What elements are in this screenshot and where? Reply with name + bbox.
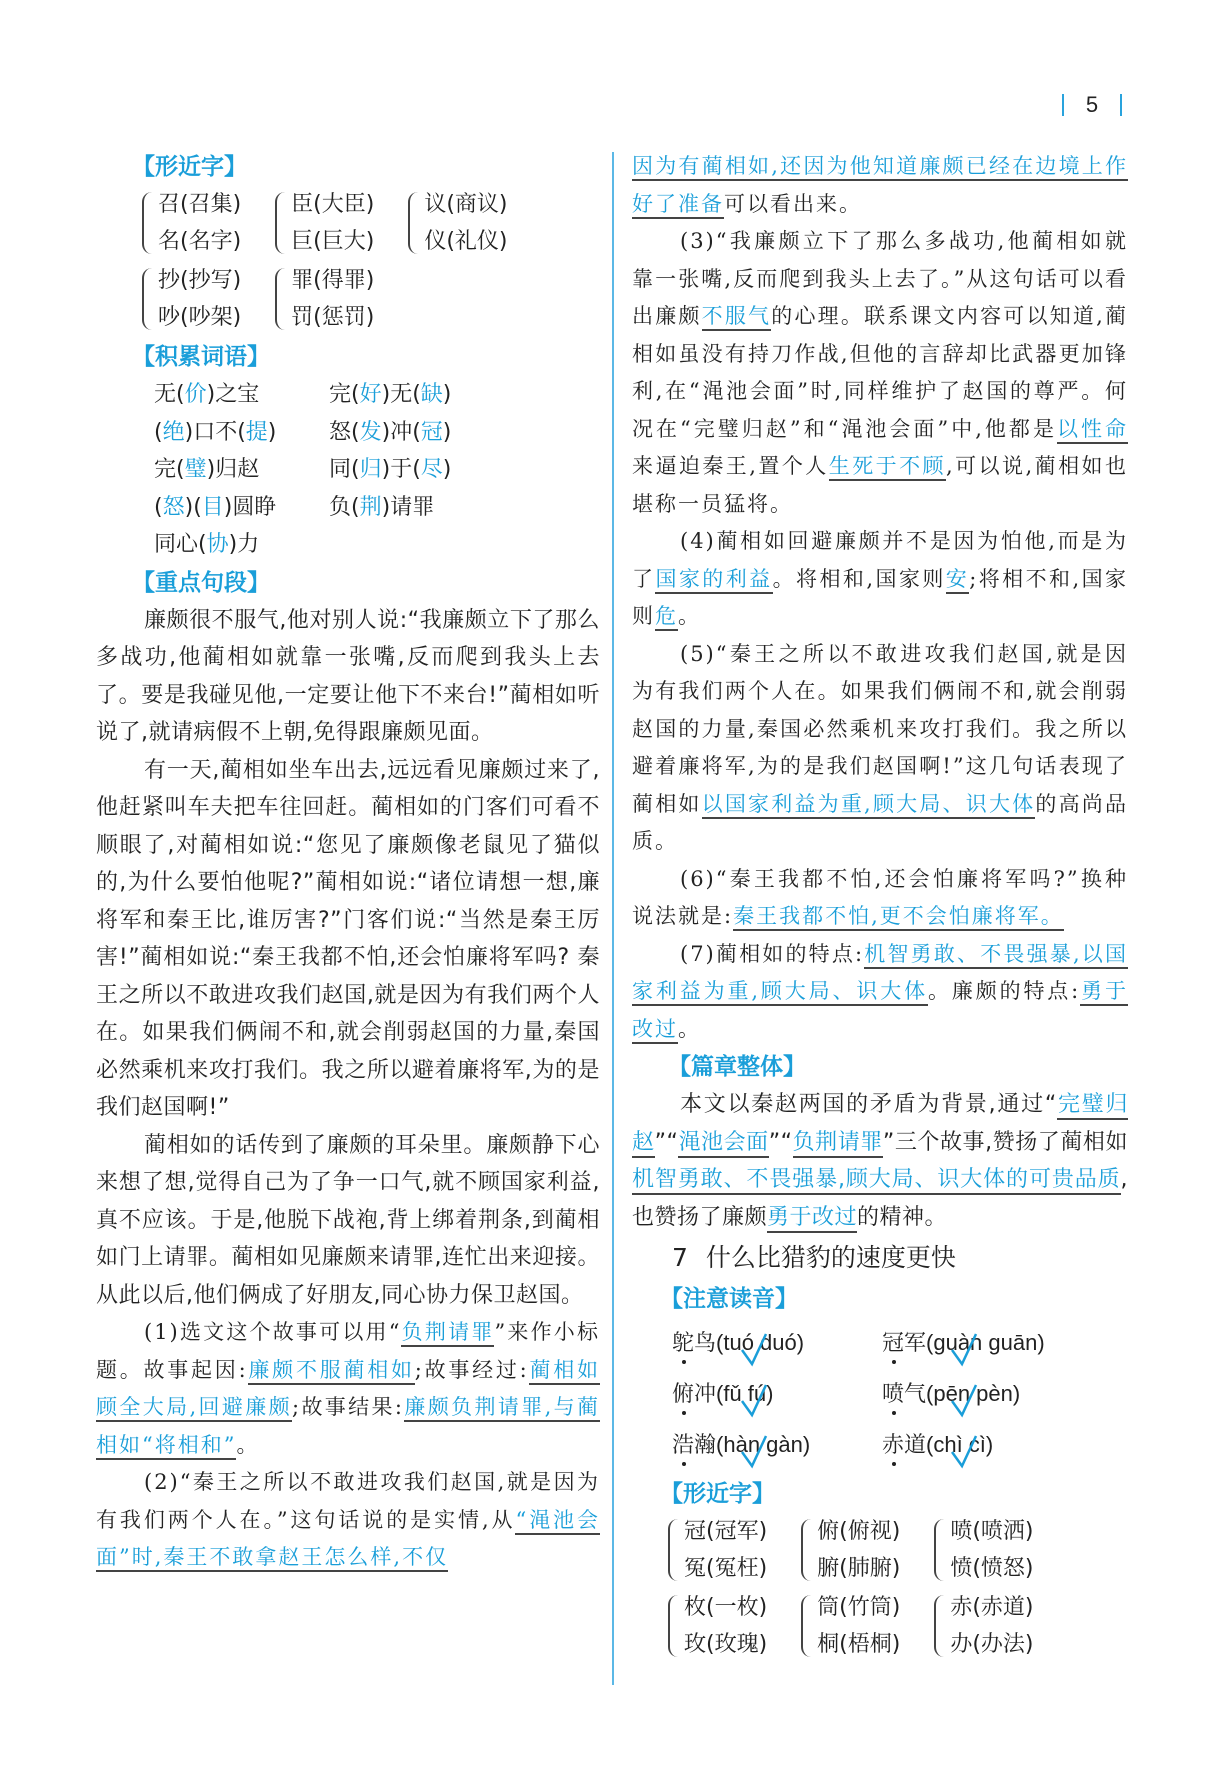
- checkmark-icon: [740, 1383, 770, 1419]
- pronunciation-item: 浩瀚(hàn gàn): [672, 1420, 882, 1471]
- similar-char: 仪(礼仪): [424, 223, 507, 260]
- idiom-answer: 冠: [421, 420, 443, 445]
- similar-char: 愤(愤怒): [950, 1550, 1033, 1587]
- similar-chars-row-4: 枚(一枚)玫(玫瑰) 筒(竹筒)桐(梧桐) 赤(赤道)办(办法): [668, 1589, 1128, 1663]
- word: 赤道: [882, 1433, 926, 1458]
- heading-accumulate-words: 【积累词语】: [132, 338, 600, 376]
- heading-similar-chars-2: 【形近字】: [660, 1475, 1128, 1513]
- similar-char-pair: 枚(一枚)玫(玫瑰): [668, 1589, 767, 1663]
- left-column: 【形近字】 召(召集)名(名字) 臣(大臣)巨(巨大) 议(商议)仪(礼仪) 抄…: [104, 148, 600, 1577]
- similar-char-pair: 俯(俯视)腑(肺腑): [801, 1513, 900, 1587]
- idiom-answer: 价: [185, 382, 207, 407]
- similar-char: 臣(大臣): [291, 186, 374, 223]
- similar-char-pair: 召(召集)名(名字): [142, 186, 241, 260]
- page-number: 5: [1062, 90, 1122, 120]
- pronunciation-item: 喷气(pēn pèn): [882, 1369, 1112, 1420]
- idiom-answer: 提: [246, 420, 268, 445]
- question-3: (3)“我廉颇立下了那么多战功,他蔺相如就靠一张嘴,反而爬到我头上去了。”从这句…: [632, 223, 1128, 523]
- brace-icon: [934, 1595, 946, 1657]
- word: 喷气: [882, 1382, 926, 1407]
- question-1: (1)选文这个故事可以用“负荆请罪”来作小标题。故事起因:廉颇不服蔺相如;故事经…: [96, 1314, 600, 1464]
- similar-char: 赤(赤道): [950, 1589, 1033, 1626]
- heading-pronunciation: 【注意读音】: [660, 1280, 1128, 1318]
- brace-icon: [668, 1519, 680, 1581]
- idiom-answer: 怒: [163, 495, 185, 520]
- answer: 勇于改过: [767, 1205, 857, 1233]
- idiom-item: 怒(发)冲(冠): [329, 414, 529, 452]
- question-7: (7)蔺相如的特点:机智勇敢、不畏强暴,以国家利益为重,顾大局、识大体。廉颇的特…: [632, 936, 1128, 1049]
- chapter-summary: 本文以秦赵两国的矛盾为背景,通过“完璧归赵”“渑池会面”“负荆请罪”三个故事,赞…: [632, 1086, 1128, 1236]
- answer: 生死于不顾: [829, 454, 946, 481]
- similar-char: 名(名字): [158, 223, 241, 260]
- word: 俯冲: [672, 1382, 716, 1407]
- question-4: (4)蔺相如回避廉颇并不是因为怕他,而是为了国家的利益。将相和,国家则安;将相不…: [632, 523, 1128, 636]
- word: 冠军: [882, 1331, 926, 1356]
- similar-char: 俯(俯视): [817, 1513, 900, 1550]
- checkmark-icon: [740, 1434, 770, 1470]
- question-6: (6)“秦王我都不怕,还会怕廉将军吗?”换种说法就是:秦王我都不怕,更不会怕廉将…: [632, 861, 1128, 936]
- similar-char: 吵(吵架): [158, 299, 241, 336]
- similar-char: 办(办法): [950, 1626, 1033, 1663]
- similar-char: 枚(一枚): [684, 1589, 767, 1626]
- word: 浩瀚: [672, 1433, 716, 1458]
- idiom-answer: 好: [360, 382, 382, 407]
- idiom-item: 同心(协)力: [154, 526, 329, 564]
- passage-paragraph-1: 廉颇很不服气,他对别人说:“我廉颇立下了那么多战功,他蔺相如就靠一张嘴,反而爬到…: [96, 602, 600, 752]
- page-number-bar-left: [1062, 94, 1064, 116]
- lesson-title: 7什么比猎豹的速度更快: [672, 1236, 1128, 1280]
- brace-icon: [408, 192, 420, 254]
- heading-key-passage: 【重点句段】: [132, 564, 600, 602]
- similar-char-pair: 赤(赤道)办(办法): [934, 1589, 1033, 1663]
- similar-char: 喷(喷洒): [950, 1513, 1033, 1550]
- emphasis-dot-icon: [892, 1462, 896, 1466]
- checkmark-icon: [950, 1383, 980, 1419]
- similar-char: 冤(冤枉): [684, 1550, 767, 1587]
- emphasis-dot-icon: [892, 1411, 896, 1415]
- pronunciation-item: 鸵鸟(tuó duó): [672, 1318, 882, 1369]
- brace-icon: [142, 192, 154, 254]
- brace-icon: [934, 1519, 946, 1581]
- answer: 渑池会面: [678, 1130, 768, 1158]
- idiom-answer: 璧: [185, 457, 207, 482]
- answer: 因为有蔺相如,还因为他知道廉颇已经在边境上作好了准备: [632, 154, 1128, 219]
- page-number-value: 5: [1086, 92, 1098, 118]
- similar-chars-row-3: 冠(冠军)冤(冤枉) 俯(俯视)腑(肺腑) 喷(喷洒)愤(愤怒): [668, 1513, 1128, 1587]
- similar-char-pair: 抄(抄写)吵(吵架): [142, 262, 241, 336]
- idiom-answer: 缺: [421, 382, 443, 407]
- similar-char: 抄(抄写): [158, 262, 241, 299]
- brace-icon: [801, 1519, 813, 1581]
- answer: 以性命: [1057, 417, 1128, 444]
- pronunciation-item: 冠军(guàn guān): [882, 1318, 1112, 1369]
- similar-char: 玫(玫瑰): [684, 1626, 767, 1663]
- idiom-answer: 荆: [360, 495, 382, 520]
- similar-char-pair: 罪(得罪)罚(惩罚): [275, 262, 374, 336]
- similar-char: 召(召集): [158, 186, 241, 223]
- idiom-item: (怒)(目)圆睁: [154, 489, 329, 527]
- idiom-answer: 协: [207, 532, 229, 557]
- brace-icon: [142, 268, 154, 330]
- idiom-item: 无(价)之宝: [154, 376, 329, 414]
- answer: 负荆请罪: [401, 1320, 494, 1347]
- answer: 不服气: [702, 304, 772, 331]
- passage-paragraph-3: 蔺相如的话传到了廉颇的耳朵里。廉颇静下心来想了想,觉得自己为了争一口气,就不顾国…: [96, 1127, 600, 1315]
- brace-icon: [275, 268, 287, 330]
- emphasis-dot-icon: [682, 1462, 686, 1466]
- answer: 秦王我都不怕,更不会怕廉将军。: [733, 904, 1064, 931]
- answer: 机智勇敢、不畏强暴,顾大局、识大体的可贵品质: [632, 1167, 1121, 1195]
- similar-char: 桐(梧桐): [817, 1626, 900, 1663]
- brace-icon: [275, 192, 287, 254]
- emphasis-dot-icon: [682, 1360, 686, 1364]
- idiom-item: 同(归)于(尽): [329, 451, 529, 489]
- word: 鸵鸟: [672, 1331, 716, 1356]
- idiom-answer: 发: [360, 420, 382, 445]
- idiom-list: 无(价)之宝完(好)无(缺)(绝)口不(提)怒(发)冲(冠)完(璧)归赵同(归)…: [154, 376, 600, 564]
- similar-char: 巨(巨大): [291, 223, 374, 260]
- heading-similar-chars: 【形近字】: [132, 148, 600, 186]
- page-number-bar-right: [1120, 94, 1122, 116]
- idiom-item: (绝)口不(提): [154, 414, 329, 452]
- similar-char-pair: 冠(冠军)冤(冤枉): [668, 1513, 767, 1587]
- idiom-answer: 绝: [163, 420, 185, 445]
- idiom-item: 负(荆)请罪: [329, 489, 529, 527]
- answer: 国家的利益: [655, 567, 772, 594]
- brace-icon: [668, 1595, 680, 1657]
- right-column: 因为有蔺相如,还因为他知道廉颇已经在边境上作好了准备可以看出来。 (3)“我廉颇…: [632, 148, 1128, 1665]
- similar-char: 冠(冠军): [684, 1513, 767, 1550]
- similar-char: 腑(肺腑): [817, 1550, 900, 1587]
- idiom-answer: 目: [202, 495, 224, 520]
- idiom-item: 完(好)无(缺): [329, 376, 529, 414]
- similar-char-pair: 筒(竹筒)桐(梧桐): [801, 1589, 900, 1663]
- similar-char-pair: 臣(大臣)巨(巨大): [275, 186, 374, 260]
- similar-char: 筒(竹筒): [817, 1589, 900, 1626]
- similar-chars-row-2: 抄(抄写)吵(吵架) 罪(得罪)罚(惩罚): [142, 262, 600, 336]
- answer: 廉颇不服蔺相如: [248, 1358, 415, 1385]
- answer: 危: [655, 604, 678, 631]
- answer: 负荆请罪: [793, 1130, 883, 1158]
- pronunciation-item: 俯冲(fǔ fú): [672, 1369, 882, 1420]
- answer: 以国家利益为重,顾大局、识大体: [702, 792, 1036, 819]
- similar-char: 罚(惩罚): [291, 299, 374, 336]
- similar-chars-row-1: 召(召集)名(名字) 臣(大臣)巨(巨大) 议(商议)仪(礼仪): [142, 186, 600, 260]
- question-2: (2)“秦王之所以不敢进攻我们赵国,就是因为有我们两个人在。”这句话说的是实情,…: [96, 1464, 600, 1577]
- similar-char-pair: 议(商议)仪(礼仪): [408, 186, 507, 260]
- pronunciation-list: 鸵鸟(tuó duó)冠军(guàn guān)俯冲(fǔ fú)喷气(pēn …: [672, 1318, 1128, 1471]
- brace-icon: [801, 1595, 813, 1657]
- emphasis-dot-icon: [682, 1411, 686, 1415]
- pinyin-options: (guàn guān): [926, 1330, 1045, 1355]
- similar-char: 议(商议): [424, 186, 507, 223]
- question-2-continued: 因为有蔺相如,还因为他知道廉颇已经在边境上作好了准备可以看出来。: [632, 148, 1128, 223]
- passage-paragraph-2: 有一天,蔺相如坐车出去,远远看见廉颇过来了,他赶紧叫车夫把车往回赶。蔺相如的门客…: [96, 752, 600, 1127]
- lesson-number: 7: [672, 1243, 688, 1272]
- pronunciation-item: 赤道(chì cì): [882, 1420, 1112, 1471]
- column-divider: [612, 152, 614, 1685]
- question-5: (5)“秦王之所以不敢进攻我们赵国,就是因为有我们两个人在。如果我们俩闹不和,就…: [632, 636, 1128, 861]
- emphasis-dot-icon: [892, 1360, 896, 1364]
- answer: 安: [946, 567, 969, 594]
- heading-chapter-whole: 【篇章整体】: [668, 1048, 1128, 1086]
- checkmark-icon: [950, 1332, 980, 1368]
- checkmark-icon: [950, 1434, 980, 1470]
- idiom-item: 完(璧)归赵: [154, 451, 329, 489]
- checkmark-icon: [740, 1332, 770, 1368]
- lesson-name: 什么比猎豹的速度更快: [706, 1243, 956, 1272]
- similar-char-pair: 喷(喷洒)愤(愤怒): [934, 1513, 1033, 1587]
- idiom-answer: 尽: [421, 457, 443, 482]
- similar-char: 罪(得罪): [291, 262, 374, 299]
- idiom-answer: 归: [360, 457, 382, 482]
